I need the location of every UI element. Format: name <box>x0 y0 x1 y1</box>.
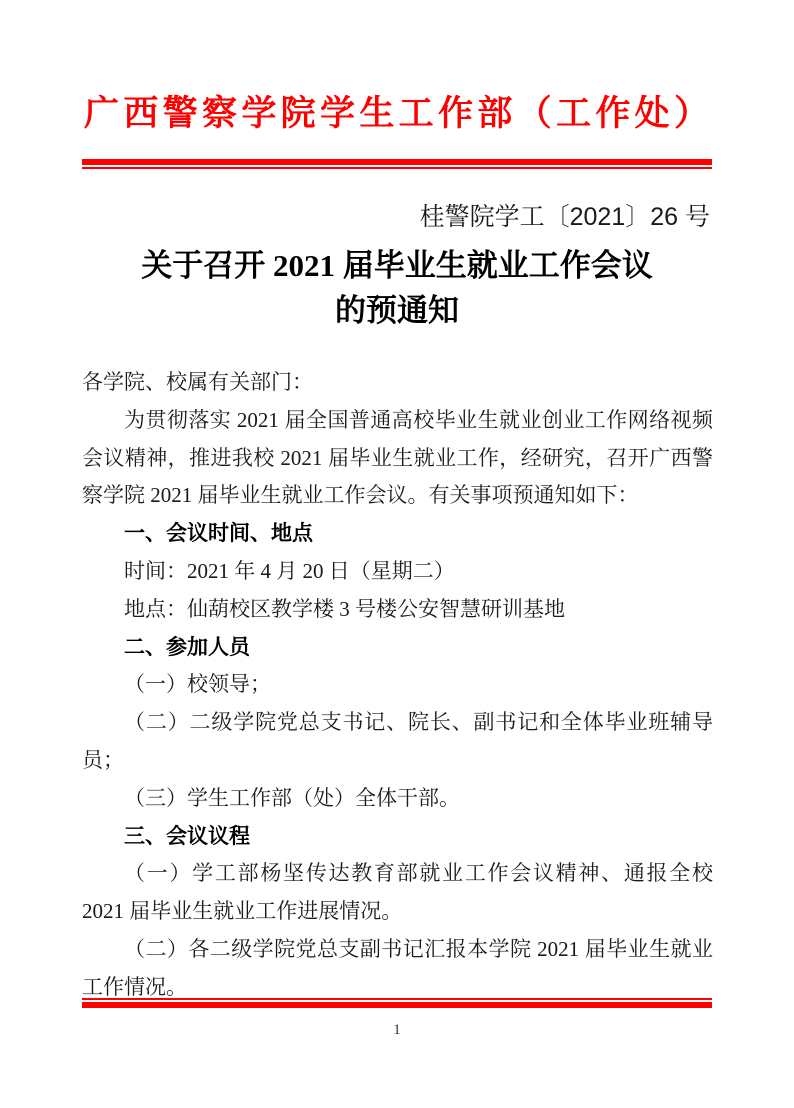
section-2-item-2: （二）二级学院党总支书记、院长、副书记和全体毕业班辅导员； <box>82 704 713 780</box>
section-2-item-1: （一）校领导； <box>82 666 713 704</box>
section-2-item-3: （三）学生工作部（处）全体干部。 <box>82 780 713 818</box>
section-1-heading: 一、会议时间、地点 <box>82 515 713 553</box>
section-3-item-2: （二）各二级学院党总支副书记汇报本学院 2021 届毕业生就业工作情况。 <box>82 931 713 1007</box>
rule-thick-bar <box>82 1002 712 1008</box>
footer-double-rule <box>82 998 712 1008</box>
section-2-heading: 二、参加人员 <box>82 629 713 667</box>
letterhead-double-rule <box>82 159 712 169</box>
salutation: 各学院、校属有关部门： <box>82 364 713 402</box>
section-3-item-1: （一）学工部杨坚传达教育部就业工作会议精神、通报全校 2021 届毕业生就业工作… <box>82 855 713 931</box>
section-1-item-place: 地点：仙葫校区教学楼 3 号楼公安智慧研训基地 <box>82 591 713 629</box>
letterhead-org-name: 广西警察学院学生工作部（工作处） <box>84 94 710 134</box>
section-3-heading: 三、会议议程 <box>82 818 713 856</box>
section-1-item-time: 时间：2021 年 4 月 20 日（星期二） <box>82 553 713 591</box>
document-number: 桂警院学工〔2021〕26 号 <box>420 197 710 233</box>
document-page: 广西警察学院学生工作部（工作处） 桂警院学工〔2021〕26 号 关于召开 20… <box>0 0 794 1108</box>
rule-thin-bar <box>82 167 712 169</box>
document-title-line2: 的预通知 <box>0 288 794 333</box>
document-title: 关于召开 2021 届毕业生就业工作会议 的预通知 <box>0 243 794 333</box>
document-body: 各学院、校属有关部门： 为贯彻落实 2021 届全国普通高校毕业生就业创业工作网… <box>82 364 713 1007</box>
document-title-line1: 关于召开 2021 届毕业生就业工作会议 <box>0 243 794 288</box>
intro-paragraph: 为贯彻落实 2021 届全国普通高校毕业生就业创业工作网络视频会议精神，推进我校… <box>82 402 713 515</box>
page-number: 1 <box>0 1022 794 1039</box>
